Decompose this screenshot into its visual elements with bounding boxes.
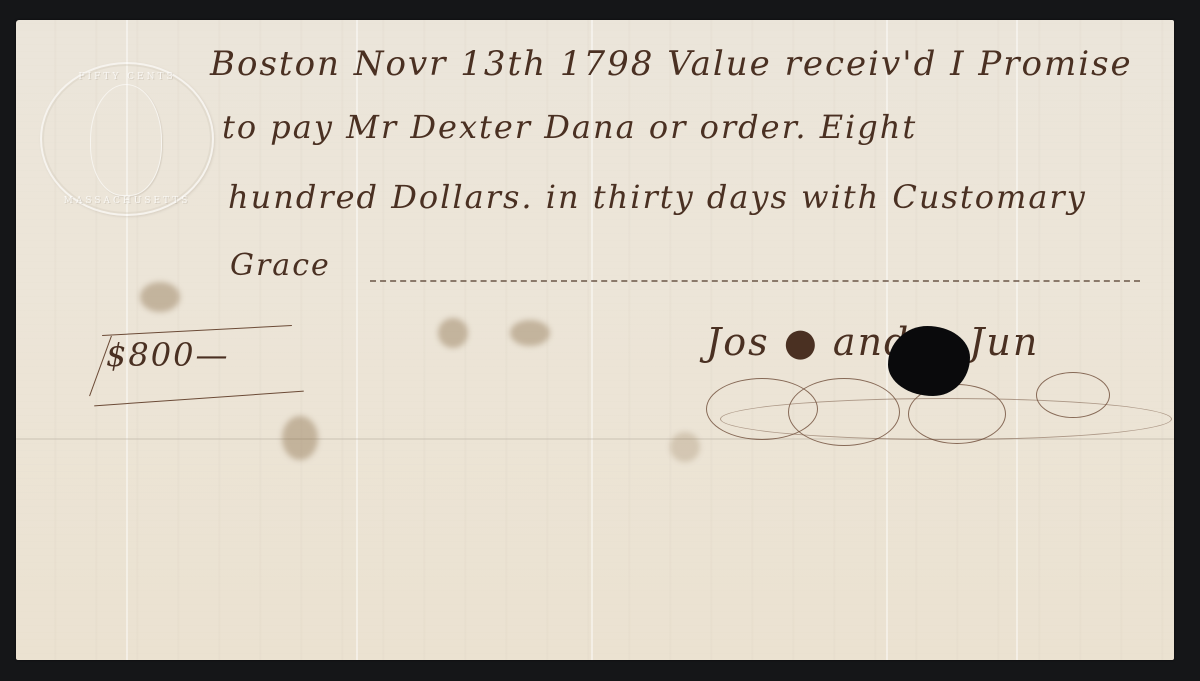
ink-stain [282,416,318,460]
signature-underline-flourish [720,398,1172,440]
note-line-1: Boston Novr 13th 1798 Value receiv'd I P… [210,44,1133,84]
ink-stain [510,320,550,346]
seal-bottom-text: MASSACHUSETTS [42,196,212,206]
embossed-seal: FIFTY CENTS MASSACHUSETTS [40,62,214,216]
note-line-4: Grace [230,248,331,283]
seal-top-text: FIFTY CENTS [42,72,212,82]
ink-stain [670,432,700,462]
ink-stain [438,318,468,348]
note-line-2: to pay Mr Dexter Dana or order. Eight [222,108,917,146]
dashed-fill-line [370,280,1140,282]
wax-seal [888,326,970,396]
signature: Jos ● ander Jun [706,320,1039,364]
amount-text: $800— [106,336,229,374]
ink-stain [140,282,180,312]
eagle-emblem-icon [90,84,162,196]
note-line-3: hundred Dollars. in thirty days with Cus… [228,178,1087,216]
